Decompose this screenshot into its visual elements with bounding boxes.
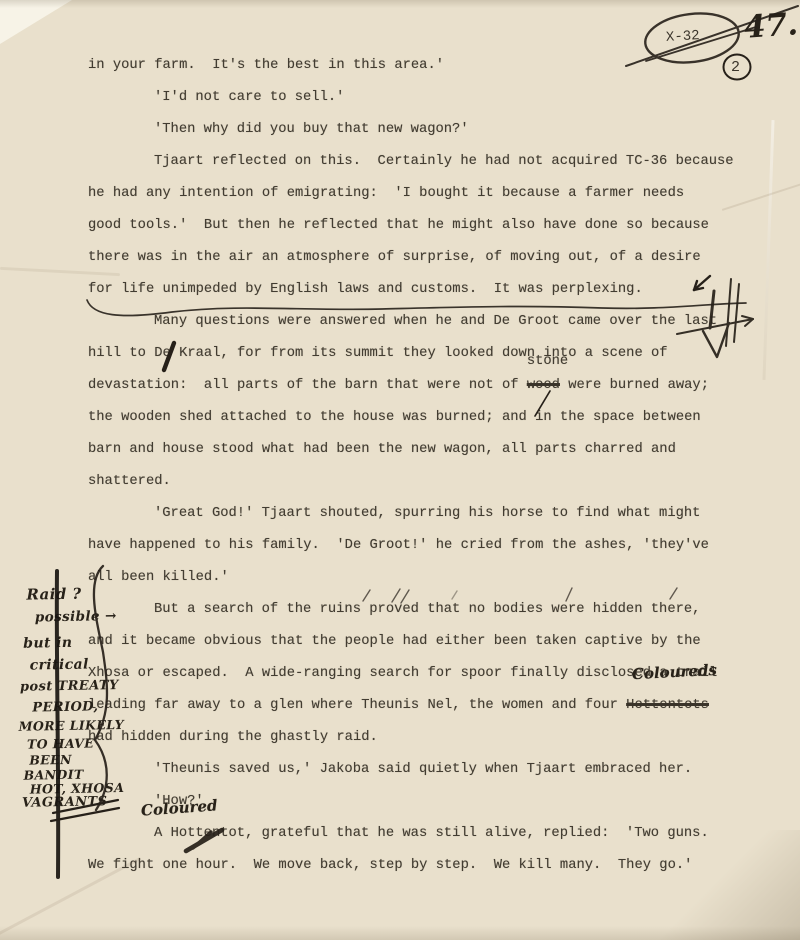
line-text: in your farm. It's the best in this area… [88, 58, 444, 73]
line-text: he had any intention of emigrating: 'I b… [88, 186, 684, 201]
line-text: 'I'd not care to sell.' [154, 90, 344, 105]
line-text: , grateful that he was still alive, repl… [245, 826, 709, 841]
line-text: 'Great God!' Tjaart shouted, spurring hi… [154, 506, 700, 521]
struck-out-word: wood [527, 378, 560, 393]
typescript-line: and it became obvious that the people ha… [88, 626, 760, 658]
line-text: had hidden during the ghastly raid. [88, 730, 378, 745]
typescript-line: in your farm. It's the best in this area… [88, 50, 760, 82]
typescript-line: 'Great God!' Tjaart shouted, spurring hi… [88, 498, 760, 530]
line-text: leading far away to a glen where Theunis… [88, 698, 626, 713]
typescript-line: have happened to his family. 'De Groot!'… [88, 530, 760, 562]
margin-note-line: but in [23, 635, 72, 652]
line-text: and it became obvious that the people ha… [88, 634, 701, 649]
line-text: But a search of the ruins proved that no… [154, 602, 700, 617]
struck-out-word: Hottentots [626, 698, 709, 713]
margin-note-line: PERIOD, [32, 699, 98, 715]
line-text: shattered. [88, 474, 171, 489]
typescript-line: hill to De Kraal, for from its summit th… [88, 338, 760, 370]
typescript-line: 'Then why did you buy that new wagon?' [88, 114, 760, 146]
typescript-line-with-correction: A HottentotColoured, grateful that he wa… [88, 818, 760, 850]
typescript-line: he had any intention of emigrating: 'I b… [88, 178, 760, 210]
margin-note-line: BEEN [29, 752, 72, 768]
typescript-line: there was in the air an atmosphere of su… [88, 242, 760, 274]
typescript-line: the wooden shed attached to the house wa… [88, 402, 760, 434]
typescript-line: all been killed.' [88, 562, 760, 594]
typescript-line: 'Theunis saved us,' Jakoba said quietly … [88, 754, 760, 786]
typescript-body: in your farm. It's the best in this area… [88, 50, 760, 882]
margin-note-line: MORE LIKELY [19, 717, 125, 734]
manuscript-page: X-32 47. 2 in your farm. It's the best i… [0, 0, 800, 940]
line-text: all been killed.' [88, 570, 229, 585]
line-text: the wooden shed attached to the house wa… [88, 410, 701, 425]
paper-edge-shadow-bottom [0, 926, 800, 940]
typescript-line: But a search of the ruins proved that no… [88, 594, 760, 626]
line-text: barn and house stood what had been the n… [88, 442, 676, 457]
margin-note-line: VAGRANTS [22, 794, 108, 810]
handwritten-insertion: Coloureds [632, 663, 718, 682]
line-text: hill to De Kraal, for from its summit th… [88, 346, 668, 361]
line-text: Xhosa or escaped. A wide-ranging search … [88, 666, 717, 681]
typescript-line: good tools.' But then he reflected that … [88, 210, 760, 242]
line-text: Many questions were answered when he and… [154, 314, 717, 329]
typescript-line: shattered. [88, 466, 760, 498]
typescript-line: 'I'd not care to sell.' [88, 82, 760, 114]
typed-insertion: stone [527, 355, 568, 369]
line-text: there was in the air an atmosphere of su… [88, 250, 701, 265]
line-text: Tjaart reflected on this. Certainly he h… [154, 154, 734, 169]
margin-note-line: Raid ? [26, 585, 81, 604]
line-text: for life unimpeded by English laws and c… [88, 282, 643, 297]
typescript-line: barn and house stood what had been the n… [88, 434, 760, 466]
paper-edge-shadow-top [0, 0, 800, 8]
line-text: good tools.' But then he reflected that … [88, 218, 709, 233]
typescript-line: had hidden during the ghastly raid. [88, 722, 760, 754]
typescript-line-with-correction: leading far away to a glen where Theunis… [88, 690, 760, 722]
margin-note-line: post TREATY [20, 678, 119, 695]
paper-crease [762, 120, 774, 380]
line-text: A [154, 826, 171, 841]
typescript-line: for life unimpeded by English laws and c… [88, 274, 760, 306]
line-text: were burned away; [560, 378, 709, 393]
margin-note-line: TO HAVE [27, 735, 94, 751]
line-text: 'Theunis saved us,' Jakoba said quietly … [154, 762, 692, 777]
line-text: devastation: all parts of the barn that … [88, 378, 527, 393]
typescript-line: We fight one hour. We move back, step by… [88, 850, 760, 882]
margin-note-line: possible → [35, 608, 117, 625]
typescript-line: Many questions were answered when he and… [88, 306, 760, 338]
typescript-line: Tjaart reflected on this. Certainly he h… [88, 146, 760, 178]
margin-note-line: critical [29, 657, 88, 674]
line-text: have happened to his family. 'De Groot!'… [88, 538, 709, 553]
paper-corner-fold [0, 0, 72, 44]
scribbled-word: Hottentot [171, 826, 246, 841]
typescript-line-with-correction: devastation: all parts of the barn that … [88, 370, 760, 402]
line-text: 'Then why did you buy that new wagon?' [154, 122, 469, 137]
new-page-number: 47. [743, 6, 799, 46]
line-text: We fight one hour. We move back, step by… [88, 858, 692, 873]
old-page-number: X-32 [666, 28, 700, 46]
